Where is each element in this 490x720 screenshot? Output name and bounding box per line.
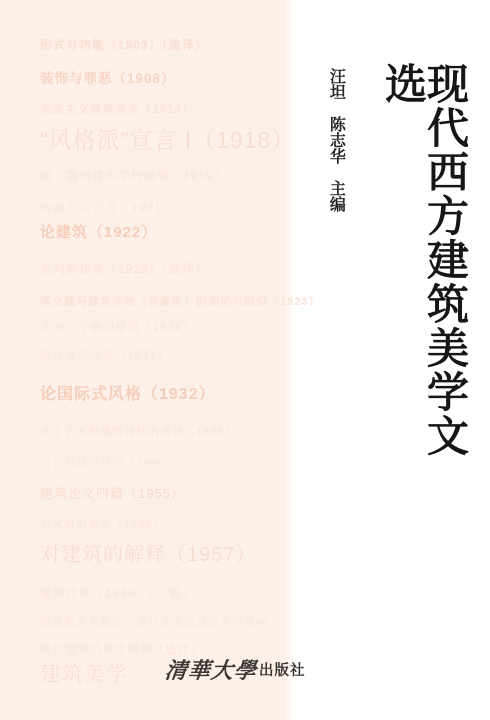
watermark-toc-line: 建筑评论（1960）（二篇） [40, 584, 195, 601]
watermark-toc-line: 走向一个新的建筑（1924） [40, 319, 195, 335]
watermark-toc-line: 现代建筑风格（1931） [40, 347, 170, 363]
pink-panel-fade-edge [284, 0, 294, 720]
publisher-press-label: 出版社 [259, 659, 306, 680]
contents-watermark-list: 形式与功能（1903）（选译） 装饰与罪恶（1908） 未来主义建筑宣言（191… [0, 0, 284, 720]
editors-vertical-text: 汪坦 陈志华 主编 [326, 68, 344, 328]
watermark-toc-line: 建筑论文四篇（1955） [40, 483, 185, 502]
book-cover: 形式与功能（1903）（选译） 装饰与罪恶（1908） 未来主义建筑宣言（191… [0, 0, 490, 720]
watermark-toc-line: “风格派”宣言 I（1918） [40, 122, 295, 155]
watermark-toc-line: 走向新建筑（1923）（选译） [40, 260, 208, 277]
watermark-toc-line: 对建筑的解释（1957） [40, 538, 257, 567]
watermark-toc-line: 论建筑（1922） [40, 221, 157, 242]
watermark-toc-line: 论国际式风格（1932） [40, 381, 216, 404]
watermark-toc-line: 形式与功能（1903）（选译） [40, 36, 208, 53]
watermark-toc-line: 构成主义宣言（1921） [40, 199, 175, 216]
watermark-toc-line: 关于艺术和建筑现状的谈话（1936） [40, 423, 236, 439]
publisher-imprint: 清華大學 出版社 [165, 652, 295, 686]
watermark-toc-line: 论风格的真实（1956） [40, 516, 164, 532]
publisher-calligraphy-logotype: 清華大學 [163, 654, 258, 685]
watermark-toc-line: 建筑美学 [40, 658, 128, 688]
watermark-toc-line: 建筑和艺术理论：现代艺术运动的美学原则 [40, 614, 268, 630]
watermark-toc-line: 国立魏玛建筑学校纲领（1919） [40, 167, 227, 184]
watermark-toc-line: 未来主义建筑宣言（1914） [40, 101, 195, 117]
watermark-toc-line: 装饰与罪恶（1908） [40, 67, 176, 87]
watermark-toc-line: 国立魏玛建筑学校〔包豪斯〕的理论与组织（1923） [40, 293, 320, 309]
book-title-vertical: 现代西方建筑美学文选 [381, 62, 465, 482]
watermark-toc-line: 为有机建筑辩护（1940） [40, 454, 176, 470]
